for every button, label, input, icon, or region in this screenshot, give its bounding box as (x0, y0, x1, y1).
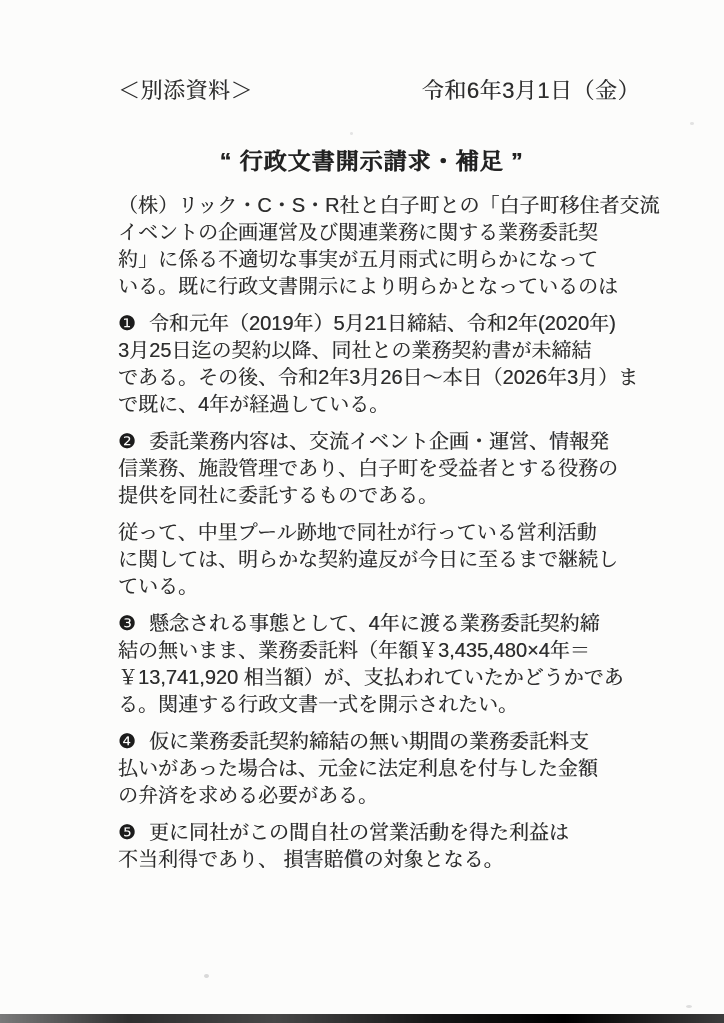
document-title: “ 行政文書開示請求・補足 ” (118, 147, 670, 175)
document-date: 令和6年3月1日（金） (422, 77, 640, 105)
numbered-item-3: ❸懸念される事態として、4年に渡る業務委託契約締 結の無いまま、業務委託料（年額… (118, 611, 670, 719)
attachment-label: ＜別添資料＞ (118, 77, 253, 105)
scanned-document-page: ＜別添資料＞ 令和6年3月1日（金） “ 行政文書開示請求・補足 ” （株）リッ… (0, 0, 724, 1023)
scan-speck (350, 132, 353, 135)
paragraph-intro: （株）リック・C・S・R社と白子町との「白子町移住者交流 イベントの企画運営及び… (118, 193, 670, 301)
paragraph-text: 委託業務内容は、交流イベント企画・運営、情報発 信業務、施設管理であり、白子町を… (118, 431, 618, 507)
paragraph-conclusion: 従って、中里プール跡地で同社が行っている営利活動 に関しては、明らかな契約違反が… (118, 520, 670, 601)
document-header: ＜別添資料＞ 令和6年3月1日（金） (118, 77, 670, 105)
paragraph-text: 懸念される事態として、4年に渡る業務委託契約締 結の無いまま、業務委託料（年額￥… (118, 613, 624, 716)
numbered-item-4: ❹仮に業務委託契約締結の無い期間の業務委託料支 払いがあった場合は、元金に法定利… (118, 729, 670, 810)
scan-speck (690, 122, 694, 125)
numbered-item-1: ❶令和元年（2019年）5月21日締結、令和2年(2020年) 3月25日迄の契… (118, 311, 670, 419)
scan-speck (686, 1005, 692, 1008)
paragraph-text: 令和元年（2019年）5月21日締結、令和2年(2020年) 3月25日迄の契約… (118, 313, 638, 416)
paragraph-text: 従って、中里プール跡地で同社が行っている営利活動 に関しては、明らかな契約違反が… (118, 522, 618, 598)
circled-digit-5-icon: ❺ (118, 822, 136, 844)
document-body: （株）リック・C・S・R社と白子町との「白子町移住者交流 イベントの企画運営及び… (118, 193, 670, 874)
paragraph-text: （株）リック・C・S・R社と白子町との「白子町移住者交流 イベントの企画運営及び… (118, 195, 659, 298)
scan-speck (204, 974, 209, 978)
circled-digit-1-icon: ❶ (118, 313, 136, 335)
paragraph-text: 更に同社がこの間自社の営業活動を得た利益は 不当利得であり、 損害賠償の対象とな… (118, 822, 569, 871)
circled-digit-2-icon: ❷ (118, 431, 136, 453)
paragraph-text: 仮に業務委託契約締結の無い期間の業務委託料支 払いがあった場合は、元金に法定利息… (118, 731, 598, 807)
numbered-item-5: ❺更に同社がこの間自社の営業活動を得た利益は 不当利得であり、 損害賠償の対象と… (118, 820, 670, 874)
circled-digit-3-icon: ❸ (118, 613, 136, 635)
scanner-edge-shadow (0, 1014, 724, 1023)
numbered-item-2: ❷委託業務内容は、交流イベント企画・運営、情報発 信業務、施設管理であり、白子町… (118, 429, 670, 510)
document-content: ＜別添資料＞ 令和6年3月1日（金） “ 行政文書開示請求・補足 ” （株）リッ… (118, 0, 670, 884)
circled-digit-4-icon: ❹ (118, 731, 136, 753)
